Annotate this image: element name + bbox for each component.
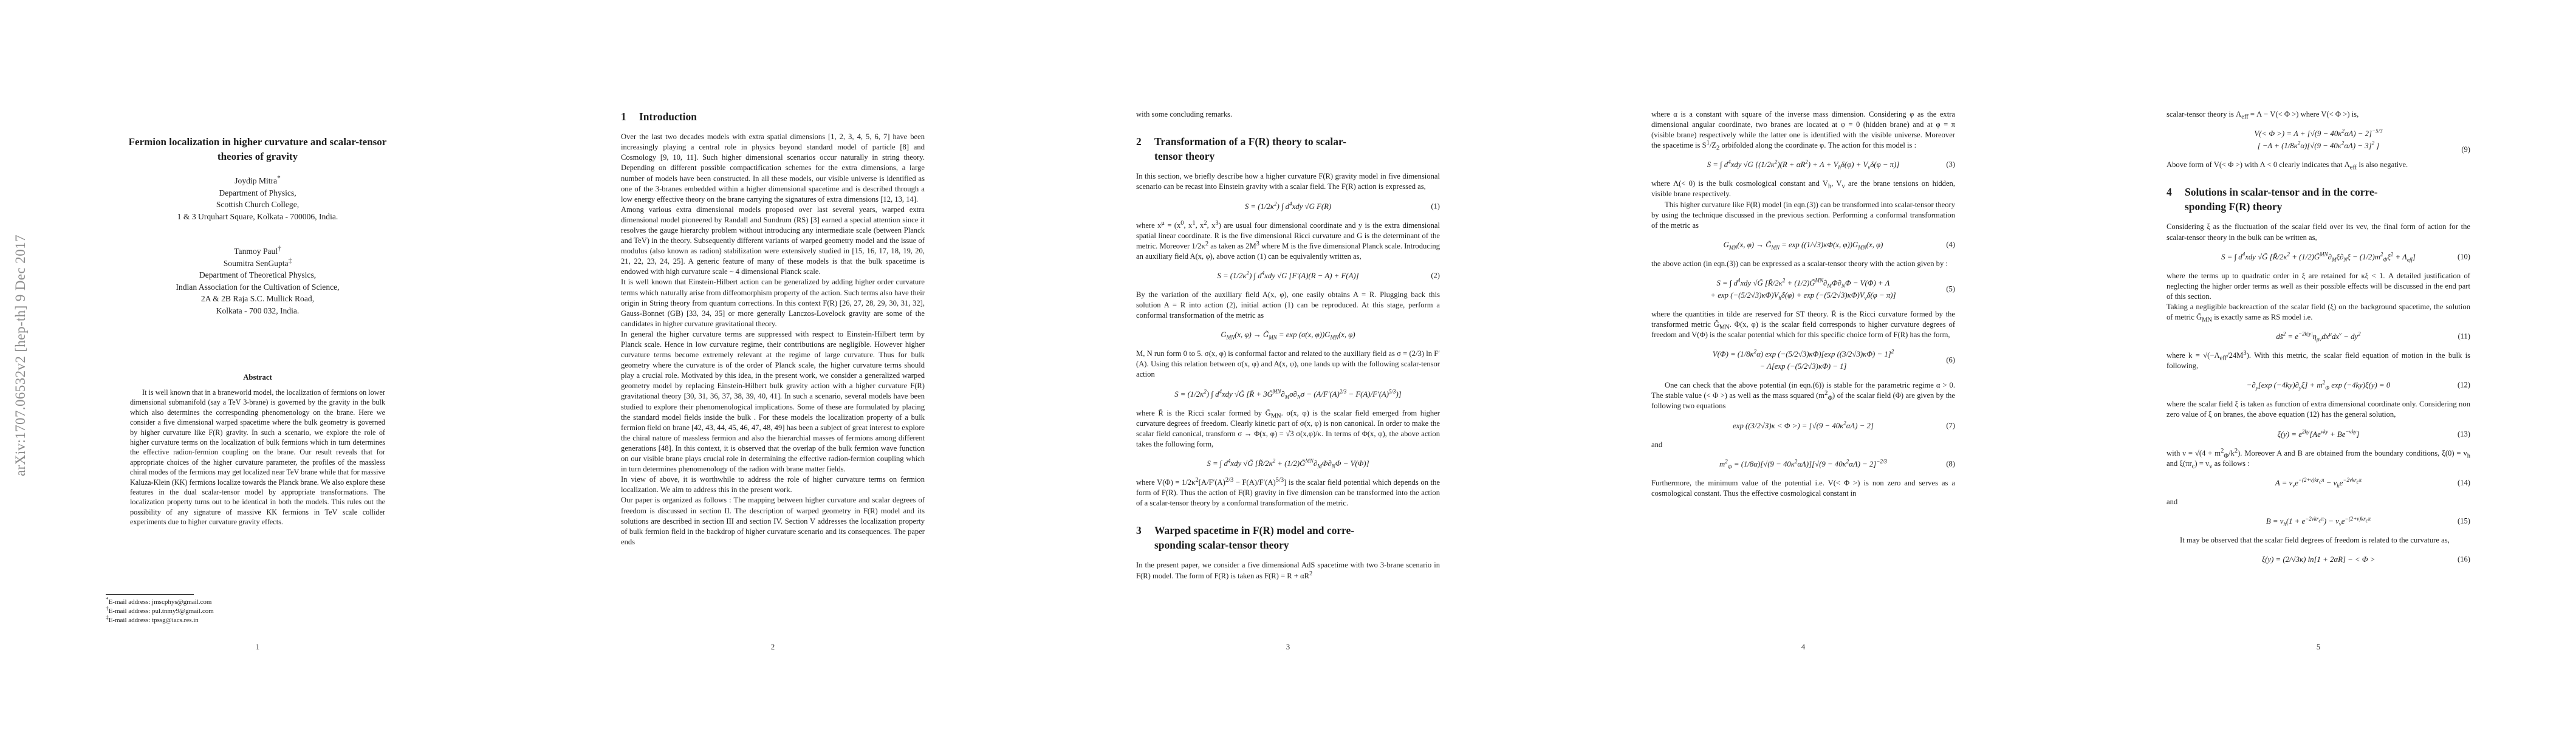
- section-heading-2: 2 Transformation of a F(R) theory to sca…: [1136, 134, 1440, 163]
- equation-line: + exp (−(5/2√3)κΦ)Vhδ(φ) + exp (−(5/2√3)…: [1673, 289, 1933, 301]
- page-3-content: with some concluding remarks. 2 Transfor…: [1136, 0, 1440, 581]
- page-number: 3: [1030, 643, 1546, 652]
- paragraph: Among various extra dimensional models p…: [621, 205, 925, 278]
- page-number: 4: [1546, 643, 2061, 652]
- equation-formula: ξ(y) = (2/√3κ) ln[1 + 2αR] − < Φ >: [2167, 553, 2470, 566]
- equation-canonical: S = ∫ d4xdy √G̃ [R̃/2κ2 + (1/2)G̃MN∂MΦ∂N…: [1136, 457, 1440, 470]
- paragraph: Considering ξ as the fluctuation of the …: [2167, 222, 2470, 242]
- equation-number: (11): [2458, 332, 2470, 341]
- author-name: Joydip Mitra*: [106, 175, 409, 187]
- abstract-text: It is well known that in a braneworld mo…: [130, 388, 385, 527]
- equation-10: S = ∫ d4xdy √G̃ [R̃/2κ2 + (1/2)G̃MN∂Mξ∂N…: [2167, 251, 2470, 263]
- connector-and: and: [2167, 497, 2470, 507]
- equation-2: S = (1/2κ2) ∫ d4xdy √G [F′(A)(R − A) + F…: [1136, 270, 1440, 282]
- equation-formula: S = ∫ d4xdy √G [(1/2κ2)(R + αR2) + Λ + V…: [1651, 159, 1955, 171]
- section-heading-4: 4 Solutions in scalar-tensor and in the …: [2167, 185, 2470, 214]
- abstract-heading: Abstract: [106, 373, 409, 382]
- section-title: Introduction: [639, 109, 697, 124]
- paragraph: where Λ(< 0) is the bulk cosmological co…: [1651, 179, 1955, 199]
- equation-6: V(Φ) = (1/8κ2α) exp (−(5/2√3)κΦ)[exp ((3…: [1651, 348, 1955, 372]
- equation-formula: S = ∫ d4xdy √G̃ [R̃/2κ2 + (1/2)G̃MN∂Mξ∂N…: [2167, 251, 2470, 263]
- equation-4: GMN(x, φ) → G̃MN = exp ((1/√3)κΦ(x, φ))G…: [1651, 239, 1955, 251]
- footnote: †E-mail address: pul.tnmy9@gmail.com: [106, 607, 409, 616]
- affiliation-line: Department of Theoretical Physics,: [106, 269, 409, 281]
- equation-number: (12): [2458, 381, 2470, 390]
- equation-3: S = ∫ d4xdy √G [(1/2κ2)(R + αR2) + Λ + V…: [1651, 159, 1955, 171]
- equation-formula: B = vh(1 + e−2νkrcπ) − vve−(2+ν)krcπ: [2167, 515, 2470, 527]
- page-number: 1: [0, 643, 515, 652]
- arxiv-watermark: arXiv:1707.06532v2 [hep-th] 9 Dec 2017: [13, 234, 29, 476]
- section-number: 2: [1136, 134, 1154, 163]
- page-number: 5: [2061, 643, 2576, 652]
- equation-formula: S = (1/2κ2) ∫ d4xdy √G F(R): [1136, 200, 1440, 213]
- equation-number: (4): [1946, 240, 1955, 249]
- equation-line: V(Φ) = (1/8κ2α) exp (−(5/2√3)κΦ)[exp ((3…: [1673, 348, 1933, 360]
- footnote-block: *E-mail address: jmscphys@gmail.com †E-m…: [106, 594, 409, 626]
- page-5: scalar-tensor theory is Λeff = Λ − V(< Φ…: [2061, 0, 2576, 729]
- connector-and: and: [1651, 440, 1955, 450]
- paragraph: In the present paper, we consider a five…: [1136, 560, 1440, 581]
- equation-12: −∂y[exp (−4ky)∂yξ] + m2Φ exp (−4ky)ξ(y) …: [2167, 379, 2470, 391]
- paragraph: Taking a negligible backreaction of the …: [2167, 302, 2470, 323]
- paragraph: It is well known that Einstein-Hilbert a…: [621, 277, 925, 329]
- equation-line: [ −Λ + (1/8κ2α)[√(9 − 40κ2αΛ) − 3]2 ]: [2188, 140, 2448, 152]
- paragraph: scalar-tensor theory is Λeff = Λ − V(< Φ…: [2167, 109, 2470, 120]
- equation-number: (13): [2458, 430, 2470, 439]
- equation-number: (2): [1431, 271, 1440, 280]
- author-block-1: Joydip Mitra* Department of Physics, Sco…: [106, 175, 409, 222]
- paragraph: with some concluding remarks.: [1136, 109, 1440, 120]
- equation-formula: m2Φ = (1/8α)[√(9 − 40κ2αΛ)][√(9 − 40κ2αΛ…: [1651, 458, 1955, 470]
- equation-line: S = ∫ d4xdy √G̃ [R̃/2κ2 + (1/2)G̃MN∂MΦ∂N…: [1673, 277, 1933, 289]
- affiliation-line: Kolkata - 700 032, India.: [106, 305, 409, 317]
- equation-number: (6): [1946, 356, 1955, 365]
- equation-formula: S = ∫ d4xdy √G̃ [R̃/2κ2 + (1/2)G̃MN∂MΦ∂N…: [1651, 277, 1955, 301]
- equation-number: (9): [2461, 145, 2470, 154]
- equation-formula: ds̃2 = e−2k|y|ημνdxμdxν − dy2: [2167, 330, 2470, 343]
- affiliation-line: Scottish Church College,: [106, 199, 409, 211]
- equation-conformal: GMN(x, φ) → G̃MN = exp (σ(x, φ))GMN(x, φ…: [1136, 329, 1440, 341]
- paper-scan: arXiv:1707.06532v2 [hep-th] 9 Dec 2017 F…: [0, 0, 2576, 729]
- affiliation-line: 1 & 3 Urquhart Square, Kolkata - 700006,…: [106, 211, 409, 223]
- equation-5: S = ∫ d4xdy √G̃ [R̃/2κ2 + (1/2)G̃MN∂MΦ∂N…: [1651, 277, 1955, 301]
- section-title: Warped spacetime in F(R) model and corre…: [1154, 523, 1354, 552]
- paragraph: In this section, we briefly describe how…: [1136, 171, 1440, 192]
- paragraph: with ν = √(4 + m2Φ/k2). Moreover A and B…: [2167, 448, 2470, 469]
- equation-formula: S = (1/2κ2) ∫ d4xdy √G̃ [R̃ + 3G̃MN∂Mσ∂N…: [1136, 388, 1440, 400]
- paper-title: Fermion localization in higher curvature…: [87, 135, 428, 164]
- section-number: 3: [1136, 523, 1154, 552]
- equation-number: (1): [1431, 202, 1440, 211]
- equation-formula: GMN(x, φ) → G̃MN = exp ((1/√3)κΦ(x, φ))G…: [1651, 239, 1955, 251]
- equation-formula: GMN(x, φ) → G̃MN = exp (σ(x, φ))GMN(x, φ…: [1136, 329, 1440, 341]
- equation-13: ξ(y) = e2ky[Aeνky + Be−νky] (13): [2167, 428, 2470, 440]
- paragraph: Our paper is organized as follows : The …: [621, 495, 925, 547]
- equation-line: V(< Φ >) = Λ + [√(9 − 40κ2αΛ) − 2]−5/3: [2188, 128, 2448, 140]
- page-1: Fermion localization in higher curvature…: [0, 0, 515, 729]
- paragraph: One can check that the above potential (…: [1651, 380, 1955, 411]
- equation-formula: S = (1/2κ2) ∫ d4xdy √G [F′(A)(R − A) + F…: [1136, 270, 1440, 282]
- section-number: 1: [621, 109, 639, 124]
- author-block-2: Tanmoy Paul† Soumitra SenGupta‡ Departme…: [106, 245, 409, 317]
- equation-formula: ξ(y) = e2ky[Aeνky + Be−νky]: [2167, 428, 2470, 440]
- page-3: with some concluding remarks. 2 Transfor…: [1030, 0, 1546, 729]
- equation-number: (16): [2458, 555, 2470, 564]
- equation-8: m2Φ = (1/8α)[√(9 − 40κ2αΛ)][√(9 − 40κ2αΛ…: [1651, 458, 1955, 470]
- equation-formula: V(Φ) = (1/8κ2α) exp (−(5/2√3)κΦ)[exp ((3…: [1651, 348, 1955, 372]
- equation-11: ds̃2 = e−2k|y|ημνdxμdxν − dy2 (11): [2167, 330, 2470, 343]
- paragraph: where the quantities in tilde are reserv…: [1651, 309, 1955, 340]
- equation-formula: −∂y[exp (−4ky)∂yξ] + m2Φ exp (−4ky)ξ(y) …: [2167, 379, 2470, 391]
- section-heading-3: 3 Warped spacetime in F(R) model and cor…: [1136, 523, 1440, 552]
- author-name: Tanmoy Paul†: [106, 245, 409, 258]
- page-2-content: 1 Introduction Over the last two decades…: [621, 0, 925, 547]
- author-name: Soumitra SenGupta‡: [106, 258, 409, 270]
- page-number: 2: [515, 643, 1030, 652]
- section-title: Solutions in scalar-tensor and in the co…: [2185, 185, 2378, 214]
- page-4: where α is a constant with square of the…: [1546, 0, 2061, 729]
- paragraph: the above action (in eqn.(3)) can be exp…: [1651, 259, 1955, 269]
- paragraph: where the terms up to quadratic order in…: [2167, 271, 2470, 302]
- affiliation-line: Indian Association for the Cultivation o…: [106, 281, 409, 293]
- equation-number: (5): [1946, 284, 1955, 293]
- section-heading-1: 1 Introduction: [621, 109, 925, 124]
- equation-1: S = (1/2κ2) ∫ d4xdy √G F(R) (1): [1136, 200, 1440, 213]
- paragraph: By the variation of the auxiliary field …: [1136, 290, 1440, 321]
- equation-scalar-tensor: S = (1/2κ2) ∫ d4xdy √G̃ [R̃ + 3G̃MN∂Mσ∂N…: [1136, 388, 1440, 400]
- paragraph: where α is a constant with square of the…: [1651, 109, 1955, 151]
- affiliation-line: 2A & 2B Raja S.C. Mullick Road,: [106, 293, 409, 305]
- footnote: *E-mail address: jmscphys@gmail.com: [106, 598, 409, 607]
- page-4-content: where α is a constant with square of the…: [1651, 0, 1955, 499]
- paragraph: In view of above, it is worthwhile to ad…: [621, 474, 925, 495]
- paragraph: This higher curvature like F(R) model (i…: [1651, 200, 1955, 231]
- paragraph: Above form of V(< Φ >) with Λ < 0 clearl…: [2167, 160, 2470, 170]
- equation-number: (7): [1946, 421, 1955, 430]
- equation-formula: A = vve−(2+ν)krcπ − vhe−2νkrcπ: [2167, 477, 2470, 489]
- paragraph: It may be observed that the scalar field…: [2167, 535, 2470, 546]
- paragraph: where the scalar field ξ is taken as fun…: [2167, 399, 2470, 420]
- paragraph: where R̃ is the Ricci scalar formed by G…: [1136, 408, 1440, 450]
- section-number: 4: [2167, 185, 2185, 214]
- equation-number: (10): [2458, 252, 2470, 261]
- paragraph: where xμ = (x0, x1, x2, x3) are usual fo…: [1136, 221, 1440, 262]
- equation-number: (8): [1946, 459, 1955, 468]
- equation-formula: S = ∫ d4xdy √G̃ [R̃/2κ2 + (1/2)G̃MN∂MΦ∂N…: [1136, 457, 1440, 470]
- equation-formula: exp ((3/2√3)κ < Φ >) = [√(9 − 40κ2αΛ) − …: [1651, 420, 1955, 432]
- equation-16: ξ(y) = (2/√3κ) ln[1 + 2αR] − < Φ > (16): [2167, 553, 2470, 566]
- section-title: Transformation of a F(R) theory to scala…: [1154, 134, 1346, 163]
- affiliation-line: Department of Physics,: [106, 187, 409, 199]
- equation-number: (15): [2458, 516, 2470, 525]
- paragraph: where k = √(−Λeff/24M3). With this metri…: [2167, 351, 2470, 371]
- equation-formula: V(< Φ >) = Λ + [√(9 − 40κ2αΛ) − 2]−5/3 […: [2167, 128, 2470, 152]
- page-5-content: scalar-tensor theory is Λeff = Λ − V(< Φ…: [2167, 0, 2470, 566]
- paragraph: Over the last two decades models with ex…: [621, 132, 925, 205]
- footnote: ‡E-mail address: tpssg@iacs.res.in: [106, 616, 409, 625]
- footnote-rule: [106, 594, 194, 595]
- equation-14: A = vve−(2+ν)krcπ − vhe−2νkrcπ (14): [2167, 477, 2470, 489]
- paragraph: In general the higher curvature terms ar…: [621, 329, 925, 474]
- equation-number: (3): [1946, 160, 1955, 169]
- equation-9: V(< Φ >) = Λ + [√(9 − 40κ2αΛ) − 2]−5/3 […: [2167, 128, 2470, 152]
- equation-line: − Λ[exp (−(5/2√3)κΦ) − 1]: [1673, 360, 1933, 372]
- paragraph: where V(Φ) = 1/2κ2[A/F′(A)2/3 − F(A)/F′(…: [1136, 477, 1440, 508]
- paragraph: M, N run form 0 to 5. σ(x, φ) is conform…: [1136, 349, 1440, 380]
- paragraph: Furthermore, the minimum value of the po…: [1651, 478, 1955, 499]
- page-2: 1 Introduction Over the last two decades…: [515, 0, 1030, 729]
- equation-number: (14): [2458, 478, 2470, 487]
- equation-7: exp ((3/2√3)κ < Φ >) = [√(9 − 40κ2αΛ) − …: [1651, 420, 1955, 432]
- equation-15: B = vh(1 + e−2νkrcπ) − vve−(2+ν)krcπ (15…: [2167, 515, 2470, 527]
